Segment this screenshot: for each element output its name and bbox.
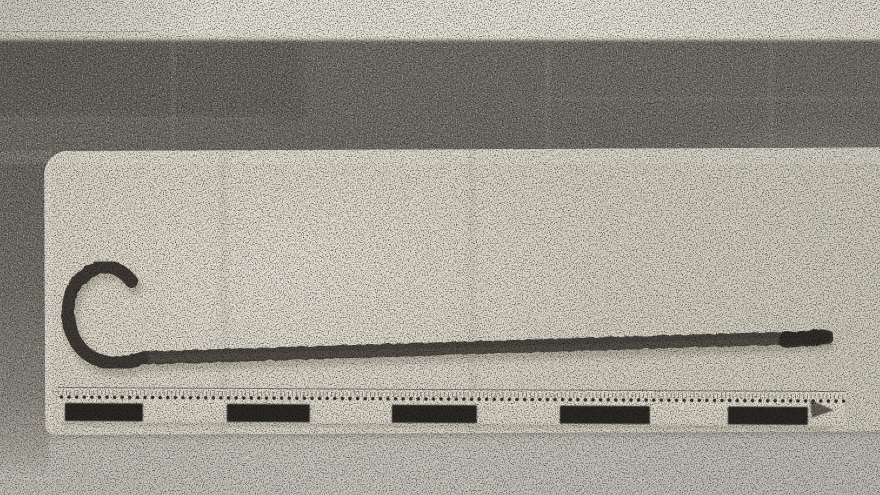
photocopied-evidence-photo <box>0 0 880 495</box>
wall-seam-vertical <box>172 40 174 162</box>
table-surface <box>0 428 880 495</box>
photocopy-artifact-line <box>0 31 150 32</box>
wall-seam-vertical <box>547 40 549 162</box>
dark-wall-band <box>0 40 880 162</box>
wall-seam-horizontal <box>0 118 272 120</box>
ruler-end-arrow-icon <box>810 400 834 418</box>
wall-seam-horizontal <box>540 98 880 100</box>
wall-dark-patch <box>0 40 304 118</box>
ruler-end-mark <box>58 387 848 433</box>
wall-seam-vertical <box>770 40 772 162</box>
dark-wall-left-column <box>0 148 50 483</box>
measuring-ruler <box>58 387 848 433</box>
